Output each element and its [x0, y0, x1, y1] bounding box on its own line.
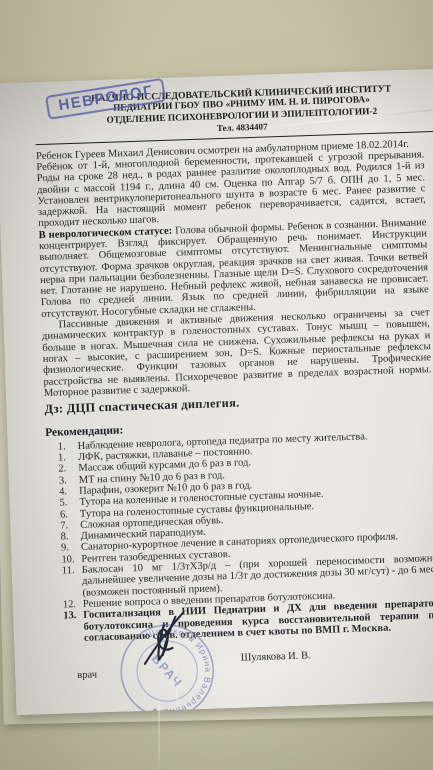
recommendation-number: 13. — [63, 610, 84, 645]
recommendations-list: 1. Наблюдение невролога, ортопеда педиат… — [46, 429, 433, 645]
recommendation-number: 11. — [62, 565, 83, 600]
recommendation-number: 9. — [61, 542, 81, 554]
recommendation-number: 4. — [59, 486, 79, 498]
recommendation-number: 3. — [59, 475, 79, 487]
anamnesis-paragraph: Ребёнок от 1-й, многоплодной беременност… — [36, 149, 426, 230]
recommendation-number: 1. — [58, 452, 78, 464]
recommendation-number: 7. — [60, 520, 80, 532]
recommendation-number: 1. — [58, 441, 78, 453]
motor-status-paragraph: Пассивные движения и активные движения н… — [42, 307, 432, 399]
recommendation-number: 5. — [59, 497, 79, 509]
recommendation-number: 12. — [63, 599, 83, 611]
doctor-role-label: врач — [77, 670, 97, 682]
document-body: Ребенок Гуреев Михаил Денисович осмотрен… — [36, 138, 433, 715]
document-paper: НЕВРОЛОГ НАУЧНО-ИССЛЕДОВАТЕЛЬСКИЙ КЛИНИЧ… — [0, 69, 433, 715]
doctor-signature — [123, 606, 199, 674]
recommendation-number: 10. — [61, 554, 81, 566]
neuro-status-paragraph: В неврологическом статусе: Голова обычно… — [39, 217, 430, 320]
recommendation-number: 2. — [58, 463, 78, 475]
doctor-name: Шулякова И. В. — [241, 650, 311, 664]
recommendation-number: 8. — [61, 531, 81, 543]
recommendation-number: 6. — [60, 508, 80, 520]
